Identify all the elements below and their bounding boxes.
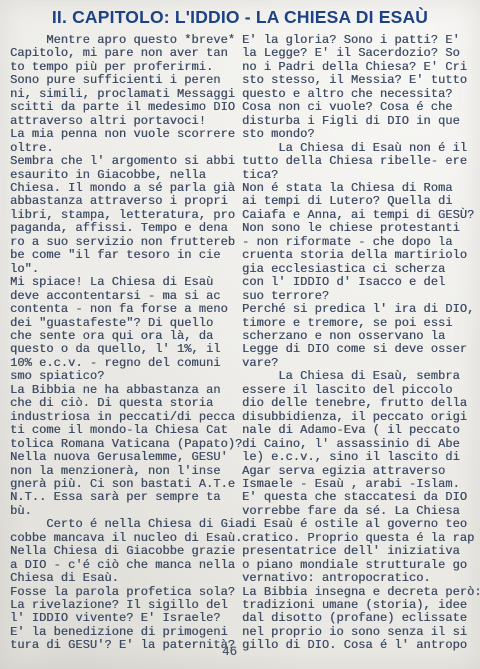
right-column-text: E' la gloria? Sono i patti? E' la Legge?…	[242, 34, 476, 653]
left-column-text: Mentre apro questo *breve* Capitolo, mi …	[10, 34, 242, 653]
page-title: II. CAPITOLO: L'IDDIO - LA CHIESA DI ESA…	[0, 0, 480, 28]
scanned-document-page: { "page": { "title": "II. CAPITOLO: L'ID…	[0, 0, 480, 669]
two-column-text-block: Mentre apro questo *breve* Capitolo, mi …	[0, 34, 480, 653]
page-number: 46	[222, 645, 237, 659]
